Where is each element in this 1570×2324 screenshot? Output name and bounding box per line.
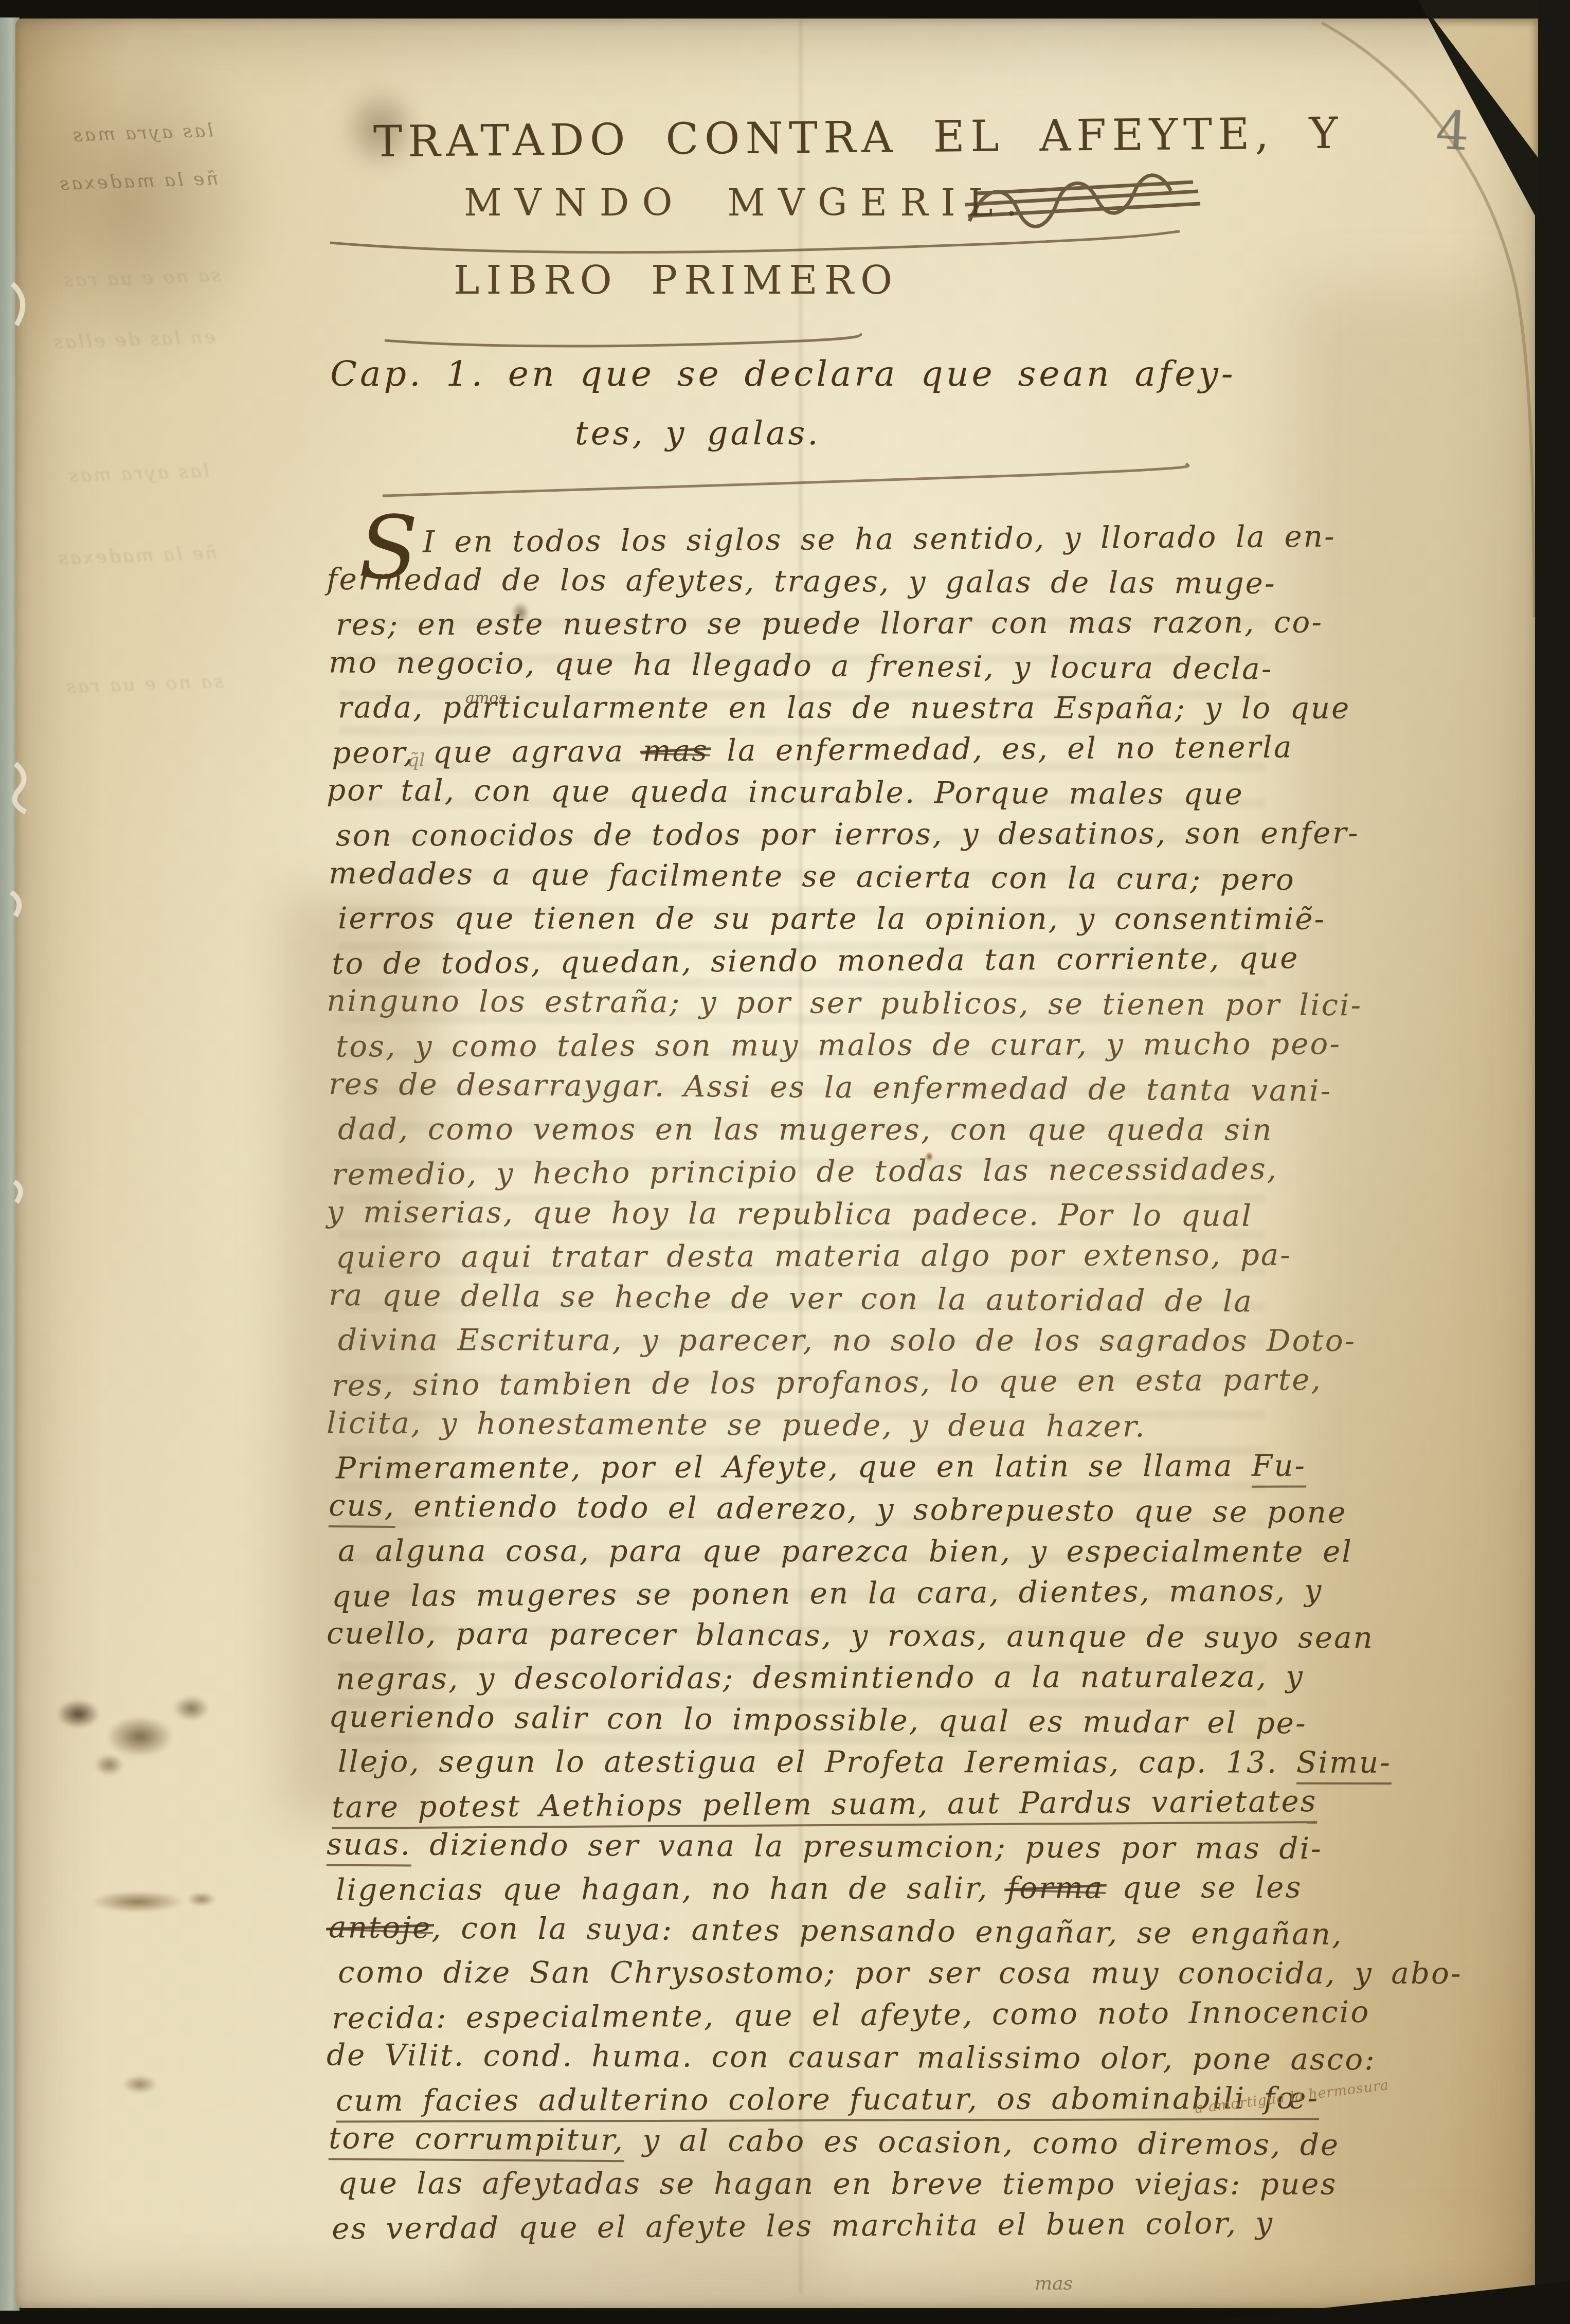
- text-segment: to de todos, quedan, siendo moneda tan c…: [332, 940, 1300, 981]
- aging-stain: [30, 37, 349, 459]
- text-segment: como dize San Chrysostomo; por ser cosa …: [338, 1955, 1463, 1991]
- text-segment: diziendo ser vana la presumcion; pues po…: [411, 1827, 1323, 1866]
- text-segment: ierros que tienen de su parte la opinion…: [338, 900, 1326, 936]
- text-segment: tos, y como tales son muy malos de curar…: [336, 1026, 1341, 1064]
- body-line: fermedad de los afeytes, trages, y galas…: [327, 562, 1276, 601]
- body-line: que las mugeres se ponen en la cara, die…: [332, 1573, 1323, 1614]
- text-segment: ligencias que hagan, no han de salir,: [336, 1870, 1007, 1907]
- text-segment: I en todos los siglos se ha sentido, y l…: [423, 519, 1336, 560]
- text-segment: que las mugeres se ponen en la cara, die…: [332, 1573, 1323, 1614]
- text-segment: de Vilit. cond. huma. con causar malissi…: [327, 2038, 1376, 2077]
- underlined-phrase: tore corrumpitur,: [329, 2120, 625, 2162]
- body-line: de Vilit. cond. huma. con causar malissi…: [327, 2038, 1376, 2077]
- body-line: ninguno los estraña; y por ser publicos,…: [327, 983, 1363, 1023]
- chapter-heading-line1: Cap. 1. en que se declara que sean afey-: [330, 354, 1236, 394]
- body-line: como dize San Chrysostomo; por ser cosa …: [338, 1955, 1463, 1991]
- text-segment: cuello, para parecer blancas, y roxas, a…: [327, 1616, 1374, 1655]
- text-segment: divina Escritura, y parecer, no solo de …: [338, 1322, 1356, 1358]
- body-line: remedio, y hecho principio de todas las …: [332, 1151, 1278, 1192]
- text-segment: res, sino tambien de los profanos, lo qu…: [332, 1362, 1322, 1403]
- body-line: res; en este nuestro se puede llorar con…: [336, 604, 1323, 642]
- text-segment: por tal, con que queda incurable. Porque…: [327, 772, 1244, 812]
- inline-correction: q̃l: [407, 750, 425, 771]
- scan-background: [1535, 0, 1570, 2324]
- body-line: negras, y descoloridas; desmintiendo a l…: [336, 1659, 1304, 1697]
- text-segment: res; en este nuestro se puede llorar con…: [336, 604, 1323, 642]
- body-line: res, sino tambien de los profanos, lo qu…: [332, 1362, 1322, 1403]
- struck-out-word: mas: [642, 733, 709, 768]
- treatise-title-line1: TRATADO CONTRA EL AFEYTE, Y: [373, 108, 1344, 167]
- body-line: dad, como vemos en las mugeres, con que …: [338, 1111, 1273, 1147]
- text-segment: entiendo todo el aderezo, y sobrepuesto …: [395, 1488, 1347, 1530]
- body-line: licita, y honestamente se puede, y deua …: [327, 1406, 1146, 1444]
- text-segment: llejo, segun lo atestigua el Profeta Ier…: [338, 1744, 1296, 1780]
- chapter-heading-line2: tes, y galas.: [575, 415, 821, 453]
- text-segment: licita, y honestamente se puede, y deua …: [327, 1406, 1146, 1444]
- underlined-phrase: Simu-: [1296, 1745, 1392, 1785]
- struck-out-word: antoje: [329, 1909, 432, 1945]
- underlined-phrase: cum facies adulterino colore fucatur, os…: [336, 2080, 1319, 2122]
- body-line: I en todos los siglos se ha sentido, y l…: [423, 519, 1336, 560]
- body-line: llejo, segun lo atestigua el Profeta Ier…: [338, 1744, 1392, 1780]
- struck-out-word: forma: [1007, 1870, 1104, 1905]
- body-line: Primeramente, por el Afeyte, que en lati…: [336, 1448, 1306, 1486]
- text-segment: la enfermedad, es, el no tenerla: [709, 729, 1293, 768]
- underlined-phrase: tare potest Aethiops pellem suam, aut Pa…: [332, 1783, 1318, 1829]
- text-segment: fermedad de los afeytes, trages, y galas…: [327, 562, 1276, 601]
- body-line: res de desarraygar. Assi es la enfermeda…: [329, 1066, 1332, 1108]
- underlined-phrase: cus,: [329, 1488, 396, 1528]
- body-line: queriendo salir con lo impossible, qual …: [329, 1699, 1307, 1740]
- catchword: mas: [1035, 2273, 1073, 2294]
- body-line: ligencias que hagan, no han de salir, fo…: [336, 1870, 1303, 1907]
- body-line: antoje, con la suya: antes pensando enga…: [329, 1909, 1343, 1952]
- text-segment: peor, que agrava: [332, 733, 643, 770]
- body-line: to de todos, quedan, siendo moneda tan c…: [332, 940, 1300, 981]
- body-line: cuello, para parecer blancas, y roxas, a…: [327, 1616, 1374, 1655]
- body-line: tore corrumpitur, y al cabo es ocasion, …: [329, 2120, 1340, 2163]
- body-line: mo negocio, que ha llegado a frenesi, y …: [329, 645, 1273, 687]
- body-line: ra que della se heche de ver con la auto…: [329, 1277, 1253, 1319]
- body-line: a alguna cosa, para que parezca bien, y …: [338, 1533, 1353, 1569]
- body-line: divina Escritura, y parecer, no solo de …: [338, 1322, 1356, 1358]
- text-segment: mo negocio, que ha llegado a frenesi, y …: [329, 645, 1273, 687]
- body-line: por tal, con que queda incurable. Porque…: [327, 772, 1244, 812]
- text-segment: y al cabo es ocasion, como diremos, de: [624, 2122, 1340, 2163]
- text-segment: quiero aqui tratar desta materia algo po…: [336, 1237, 1292, 1275]
- body-line: ierros que tienen de su parte la opinion…: [338, 900, 1326, 936]
- body-line: tos, y como tales son muy malos de curar…: [336, 1026, 1341, 1064]
- text-segment: es verdad que el afeyte les marchita el …: [332, 2205, 1274, 2246]
- body-line: cus, entiendo todo el aderezo, y sobrepu…: [329, 1488, 1347, 1530]
- body-line: es verdad que el afeyte les marchita el …: [332, 2205, 1274, 2246]
- manuscript-scan: las ayra mas ñe la madexas sa no e ua ra…: [0, 0, 1570, 2324]
- body-line: que las afeytadas se hagan en breve tiem…: [338, 2166, 1338, 2202]
- body-line: medades a que facilmente se acierta con …: [329, 855, 1295, 897]
- text-segment: recida: especialmente, que el afeyte, co…: [332, 1994, 1370, 2035]
- body-line: tare potest Aethiops pellem suam, aut Pa…: [332, 1783, 1318, 1825]
- text-segment: medades a que facilmente se acierta con …: [329, 855, 1295, 897]
- text-segment: ra que della se heche de ver con la auto…: [329, 1277, 1253, 1319]
- text-segment: , con la suya: antes pensando engañar, s…: [431, 1911, 1343, 1952]
- body-line: son conocidos de todos por ierros, y des…: [336, 815, 1360, 853]
- body-line: quiero aqui tratar desta materia algo po…: [336, 1237, 1292, 1275]
- text-segment: son conocidos de todos por ierros, y des…: [336, 815, 1360, 853]
- text-segment: negras, y descoloridas; desmintiendo a l…: [336, 1659, 1304, 1697]
- text-segment: ninguno los estraña; y por ser publicos,…: [327, 983, 1363, 1023]
- text-segment: que se les: [1104, 1870, 1302, 1905]
- underlined-phrase: Fu-: [1252, 1448, 1306, 1488]
- interlinear-insertion: amos: [465, 689, 507, 707]
- body-line: cum facies adulterino colore fucatur, os…: [336, 2080, 1319, 2118]
- body-line: y miserias, que hoy la republica padece.…: [327, 1194, 1253, 1233]
- text-segment: y miserias, que hoy la republica padece.…: [327, 1194, 1253, 1233]
- scan-background: [0, 0, 1570, 17]
- book-heading: LIBRO PRIMERO: [454, 257, 899, 303]
- text-segment: que las afeytadas se hagan en breve tiem…: [338, 2166, 1338, 2202]
- folio-number-pencil: 4: [1434, 100, 1471, 163]
- treatise-title-line2: MVNDO MVGERIL.: [464, 181, 1031, 224]
- text-segment: Primeramente, por el Afeyte, que en lati…: [336, 1448, 1252, 1486]
- text-segment: queriendo salir con lo impossible, qual …: [329, 1699, 1307, 1740]
- body-line: peor, que agrava mas la enfermedad, es, …: [332, 729, 1293, 770]
- underlined-phrase: suas.: [327, 1827, 411, 1867]
- text-segment: remedio, y hecho principio de todas las …: [332, 1151, 1278, 1192]
- text-segment: dad, como vemos en las mugeres, con que …: [338, 1111, 1273, 1147]
- text-segment: a alguna cosa, para que parezca bien, y …: [338, 1533, 1353, 1569]
- body-line: recida: especialmente, que el afeyte, co…: [332, 1994, 1370, 2035]
- body-line: suas. diziendo ser vana la presumcion; p…: [327, 1827, 1323, 1866]
- text-segment: res de desarraygar. Assi es la enfermeda…: [329, 1066, 1332, 1108]
